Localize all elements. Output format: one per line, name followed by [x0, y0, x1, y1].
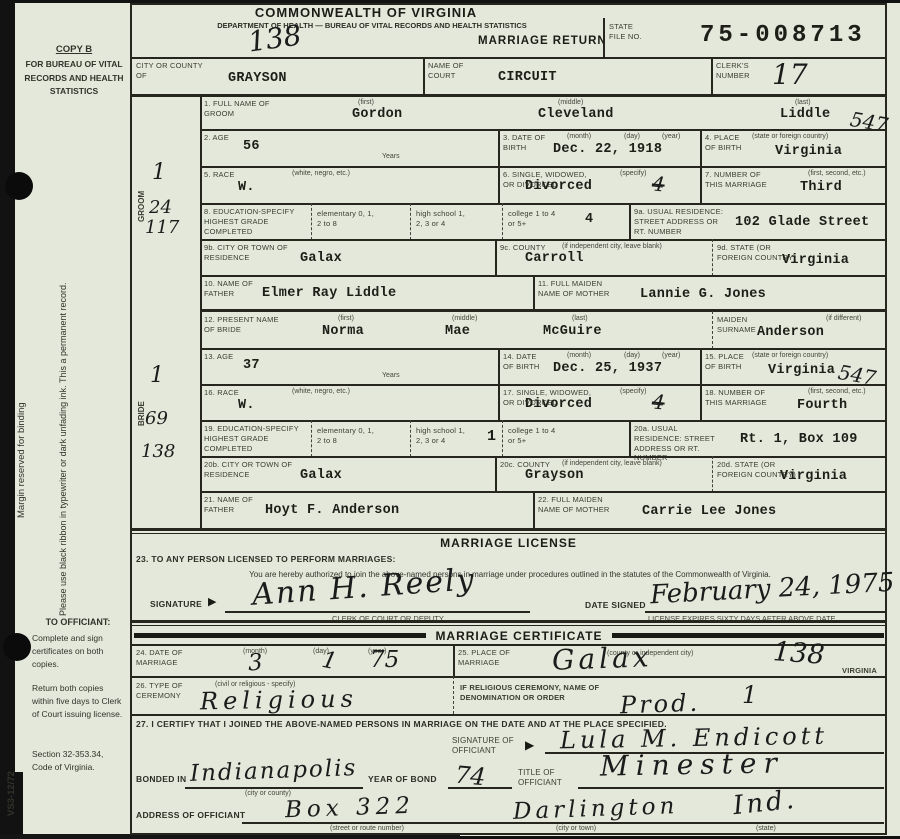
divider — [603, 18, 605, 57]
bond-year-label: YEAR OF BOND — [368, 774, 437, 784]
marriage-place-value: Galax — [551, 640, 653, 676]
divider — [495, 239, 497, 276]
bride-dob-value: Dec. 25, 1937 — [553, 361, 662, 376]
divider-dashed — [311, 420, 312, 457]
groom-marriage-no-label: 7. NUMBER OF THIS MARRIAGE — [705, 170, 775, 190]
rule — [200, 384, 887, 386]
groom-mother-value: Lannie G. Jones — [640, 287, 766, 302]
bond-year-line — [448, 787, 512, 789]
officiant-title-line — [578, 787, 884, 789]
groom-marital-handwritten: 4 — [651, 171, 666, 196]
groom-marriage-no-value: Third — [800, 180, 842, 195]
bride-city-label: 20b. CITY OR TOWN OF RESIDENCE — [204, 460, 296, 480]
bride-education-label: 19. EDUCATION-SPECIFY HIGHEST GRADE COMP… — [204, 424, 304, 453]
marriage-place-label: 25. PLACE OF MARRIAGE — [458, 648, 518, 668]
divider-dashed — [410, 203, 411, 240]
groom-dob-label: 3. DATE OF BIRTH — [503, 133, 548, 153]
education-highschool: high school 1, 2, 3 or 4 — [416, 426, 471, 446]
groom-last-name: Liddle — [780, 107, 830, 122]
rule — [130, 625, 887, 626]
groom-margin-1: 1 — [152, 160, 166, 185]
groom-marital-value: Divorced — [525, 179, 592, 194]
groom-father-label: 10. NAME OF FATHER — [204, 279, 256, 299]
if-different-hint: (if different) — [826, 315, 861, 322]
rule — [200, 203, 887, 205]
divider-dashed — [453, 676, 454, 714]
divider-dashed — [712, 311, 713, 349]
divider-dashed — [712, 239, 713, 276]
first-hint: (first) — [358, 99, 374, 106]
form-name: MARRIAGE RETURN — [478, 35, 607, 47]
specify-hint: (specify) — [620, 170, 646, 177]
clerk-number-label: CLERK'S NUMBER — [716, 61, 761, 81]
groom-county-value: Carroll — [525, 251, 584, 266]
education-college: college 1 to 4 or 5+ — [508, 426, 563, 446]
divider — [700, 384, 702, 421]
certificate-title: MARRIAGE CERTIFICATE — [426, 629, 612, 643]
groom-education-label: 8. EDUCATION-SPECIFY HIGHEST GRADE COMPL… — [204, 207, 304, 236]
divider — [700, 166, 702, 204]
rule-thick — [130, 528, 887, 531]
denomination-handwritten-number: 1 — [742, 681, 757, 709]
officiant-signature-label: SIGNATURE OF OFFICIANT — [452, 736, 520, 757]
bride-name-label: 12. PRESENT NAME OF BRIDE — [204, 315, 284, 335]
denomination-label: IF RELIGIOUS CEREMONY, NAME OF DENOMINAT… — [460, 683, 620, 703]
bride-maiden-value: Anderson — [757, 325, 824, 340]
margin-binding-note: Margin reserved for binding — [16, 293, 27, 518]
education-college: college 1 to 4 or 5+ — [508, 209, 563, 229]
ceremony-type-label: 26. TYPE OF CEREMONY — [136, 681, 191, 701]
bonded-in-label: BONDED IN — [136, 774, 186, 784]
date-line — [645, 611, 885, 613]
pob-hint: (state or foreign country) — [752, 133, 828, 140]
address-line — [242, 822, 884, 824]
groom-education-value: 4 — [585, 212, 593, 227]
bride-age-label: 13. AGE — [204, 352, 233, 362]
town-hint: (city or town) — [556, 825, 596, 832]
license-item-23: 23. TO ANY PERSON LICENSED TO PERFORM MA… — [136, 554, 396, 564]
bride-father-label: 21. NAME OF FATHER — [204, 495, 256, 515]
copy-b-label: COPY B — [20, 44, 128, 55]
bride-marriage-no-label: 18. NUMBER OF THIS MARRIAGE — [705, 388, 775, 408]
officiant-address-street: Box 322 — [285, 793, 416, 824]
independent-city-hint: (if independent city, leave blank) — [562, 243, 662, 250]
bride-county-value: Grayson — [525, 468, 584, 483]
divider-dashed — [410, 420, 411, 457]
divider — [200, 95, 202, 529]
officiant-note-1: Complete and sign certificates on both c… — [32, 632, 125, 672]
groom-race-value: W. — [238, 180, 255, 195]
ink-note: Please use black ribbon in typewriter or… — [58, 196, 68, 616]
court-name-label: NAME OF COURT — [428, 61, 473, 81]
first-hint: (first) — [338, 315, 354, 322]
bride-race-label: 16. RACE — [204, 388, 239, 398]
street-hint: (street or route number) — [330, 825, 404, 832]
divider — [423, 57, 425, 95]
middle-hint: (middle) — [558, 99, 583, 106]
divider-dashed — [502, 420, 503, 457]
groom-first-name: Gordon — [352, 107, 402, 122]
specify-hint: (specify) — [620, 388, 646, 395]
marriage-date-label: 24. DATE OF MARRIAGE — [136, 648, 196, 668]
groom-age-value: 56 — [243, 139, 260, 154]
divider-dashed — [712, 456, 713, 492]
groom-margin-3: 117 — [145, 217, 179, 238]
pointer-icon: ▶ — [525, 738, 534, 752]
rule — [200, 129, 887, 131]
scanned-marriage-return: COPY B FOR BUREAU OF VITAL RECORDS AND H… — [0, 0, 900, 839]
officiant-note-3: Section 32-353.34, Code of Virginia. — [32, 748, 125, 774]
rule — [200, 166, 887, 168]
groom-father-value: Elmer Ray Liddle — [262, 286, 396, 301]
bonded-line — [185, 787, 363, 789]
bride-dob-label: 14. DATE OF BIRTH — [503, 352, 548, 372]
rule — [200, 456, 887, 458]
rule — [130, 714, 887, 716]
groom-mother-label: 11. FULL MAIDEN NAME OF MOTHER — [538, 279, 623, 299]
bride-margin-3: 138 — [141, 441, 175, 462]
bride-marriage-no-value: Fourth — [797, 398, 847, 413]
groom-margin-2: 24 — [149, 197, 172, 218]
bride-mother-label: 22. FULL MAIDEN NAME OF MOTHER — [538, 495, 623, 515]
bride-marital-value: Divorced — [525, 397, 592, 412]
bride-first-name: Norma — [322, 324, 364, 339]
groom-pob-value: Virginia — [775, 144, 842, 159]
officiant-address-label: ADDRESS OF OFFICIANT — [136, 810, 245, 820]
bride-race-value: W. — [238, 398, 255, 413]
bride-marital-handwritten: 4 — [651, 389, 666, 414]
virginia-print: VIRGINIA — [842, 666, 877, 676]
bride-education-value: 1 — [487, 428, 496, 445]
officiant-title-label: TITLE OF OFFICIANT — [518, 768, 573, 789]
bride-pob-label: 15. PLACE OF BIRTH — [705, 352, 747, 372]
punch-hole — [3, 633, 31, 661]
groom-city-value: Galax — [300, 251, 342, 266]
groom-dob-value: Dec. 22, 1918 — [553, 142, 662, 157]
rule-thick — [200, 309, 887, 312]
divider-dashed — [311, 203, 312, 240]
marriage-place-number: 138 — [772, 636, 826, 671]
divider — [498, 384, 500, 421]
bride-state-value: Virginia — [780, 469, 847, 484]
punch-hole — [5, 172, 33, 200]
state-file-number: 75-008713 — [700, 22, 866, 49]
title-bar-right — [612, 633, 884, 638]
divider-dashed — [502, 203, 503, 240]
years-hint: Years — [382, 153, 400, 160]
year-hint: (year) — [662, 133, 680, 140]
month-hint: (month) — [567, 352, 591, 359]
pointer-icon: ▶ — [208, 595, 216, 608]
last-hint: (last) — [572, 315, 588, 322]
groom-pob-label: 4. PLACE OF BIRTH — [705, 133, 747, 153]
bride-age-value: 37 — [243, 358, 260, 373]
groom-race-label: 5. RACE — [204, 170, 235, 180]
commonwealth-title: COMMONWEALTH OF VIRGINIA — [130, 5, 602, 20]
divider — [700, 348, 702, 385]
last-hint: (last) — [795, 99, 811, 106]
groom-state-value: Virginia — [782, 253, 849, 268]
rule — [200, 420, 887, 422]
race-hint: (white, negro, etc.) — [292, 170, 350, 177]
department-line: DEPARTMENT OF HEALTH — BUREAU OF VITAL R… — [142, 21, 602, 30]
divider — [711, 57, 713, 95]
title-bar-left — [134, 633, 426, 638]
clerk-number-value: 17 — [772, 58, 808, 91]
bride-city-value: Galax — [300, 468, 342, 483]
race-hint: (white, negro, etc.) — [292, 388, 350, 395]
divider — [453, 644, 455, 677]
bride-pob-value: Virginia — [768, 363, 835, 378]
divider — [498, 348, 500, 385]
divider — [629, 203, 631, 240]
bride-father-value: Hoyt F. Anderson — [265, 503, 399, 518]
bride-residence-value: Rt. 1, Box 109 — [740, 432, 858, 447]
groom-residence-label: 9a. USUAL RESIDENCE: STREET ADDRESS OR R… — [634, 207, 726, 236]
state-hint: (state) — [756, 825, 776, 832]
education-elementary: elementary 0, 1, 2 to 8 — [317, 209, 375, 229]
rule — [200, 348, 887, 350]
groom-city-label: 9b. CITY OR TOWN OF RESIDENCE — [204, 243, 296, 263]
divider — [498, 166, 500, 204]
bride-margin-1: 1 — [150, 363, 164, 388]
bride-mother-value: Carrie Lee Jones — [642, 504, 776, 519]
groom-name-label: 1. FULL NAME OF GROOM — [204, 99, 289, 119]
divider — [629, 420, 631, 457]
education-elementary: elementary 0, 1, 2 to 8 — [317, 426, 375, 446]
ordinal-hint: (first, second, etc.) — [808, 170, 866, 177]
bride-middle-name: Mae — [445, 324, 470, 339]
city-county-value: GRAYSON — [228, 71, 287, 86]
officiant-note-2: Return both copies within five days to C… — [32, 682, 125, 722]
divider — [533, 491, 535, 528]
to-officiant-heading: TO OFFICIANT: — [30, 617, 126, 627]
rule-thick — [130, 94, 887, 97]
education-highschool: high school 1, 2, 3 or 4 — [416, 209, 471, 229]
court-name-value: CIRCUIT — [498, 70, 557, 85]
rule — [200, 491, 887, 493]
month-hint: (month) — [567, 133, 591, 140]
city-county-hint: (city or county) — [245, 790, 291, 797]
city-county-label: CITY OR COUNTY OF — [136, 61, 206, 81]
state-file-label: STATE FILE NO. — [609, 22, 643, 42]
copy-for-label: FOR BUREAU OF VITAL RECORDS AND HEALTH S… — [20, 58, 128, 99]
groom-age-label: 2. AGE — [204, 133, 229, 143]
divider — [700, 129, 702, 167]
independent-city-hint: (if independent city, leave blank) — [562, 460, 662, 467]
year-hint: (year) — [662, 352, 680, 359]
marriage-year-value: 75 — [370, 647, 399, 673]
ordinal-hint: (first, second, etc.) — [808, 388, 866, 395]
groom-middle-name: Cleveland — [538, 107, 614, 122]
bride-last-name: McGuire — [543, 324, 602, 339]
divider — [498, 129, 500, 167]
pob-hint: (state or foreign country) — [752, 352, 828, 359]
rule-thick — [130, 620, 887, 623]
divider — [533, 275, 535, 310]
groom-residence-value: 102 Glade Street — [735, 215, 869, 230]
rule — [200, 239, 887, 241]
rule — [130, 676, 887, 678]
middle-hint: (middle) — [452, 315, 477, 322]
form-code: VS3-12/72 — [6, 736, 17, 816]
officiant-title-value: Minester — [600, 746, 784, 782]
scan-edge-left — [0, 0, 15, 839]
signature-label: SIGNATURE — [150, 599, 202, 609]
rule — [130, 533, 887, 534]
divider — [495, 456, 497, 492]
signature-line — [225, 611, 530, 613]
years-hint: Years — [382, 372, 400, 379]
date-signed-label: DATE SIGNED — [585, 600, 646, 610]
rule — [200, 275, 887, 277]
marriage-month-value: 3 — [247, 650, 263, 677]
day-hint: (day) — [624, 133, 640, 140]
license-title: MARRIAGE LICENSE — [130, 536, 887, 550]
ceremony-type-value: Religious — [200, 685, 358, 716]
bride-margin-2: 69 — [145, 408, 168, 429]
day-hint: (day) — [624, 352, 640, 359]
